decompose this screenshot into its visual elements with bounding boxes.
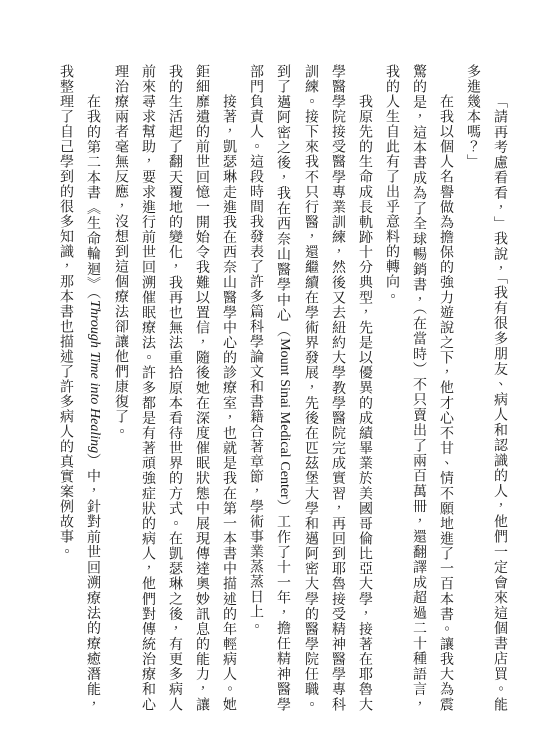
paragraph-bestseller-text: 在我以個人名譽做為擔保的強力遊說之下，他才心不甘、情不願地進了一百本書。讓我大為… (385, 64, 455, 712)
paragraph-catherine-text: 接著，凱瑟琳走進我在西奈山醫學中心的診療室，也就是我在第一本書中描述的年輕病人。… (114, 64, 238, 712)
paragraph-dialogue: 「請再考慮看看，」我說，「我有很多朋友、病人和認識的人，他們一定會來這個書店買。… (460, 64, 514, 712)
page-text: 「請再考慮看看，」我說，「我有很多朋友、病人和認識的人，他們一定會來這個書店買。… (53, 64, 514, 712)
paragraph-second-book-text-before: 在我的第二本書《生命輪迴》（ (86, 94, 102, 300)
paragraph-bestseller: 在我以個人名譽做為擔保的強力遊說之下，他才心不甘、情不願地進了一百本書。讓我大為… (379, 64, 460, 712)
book-page: 「請再考慮看看，」我說，「我有很多朋友、病人和認識的人，他們一定會來這個書店買。… (0, 0, 555, 740)
latin-hospital-name: Mount Sinai Medical Center (277, 338, 292, 499)
latin-book-title: Through Time into Healing (87, 300, 102, 453)
paragraph-catherine: 接著，凱瑟琳走進我在西奈山醫學中心的診療室，也就是我在第一本書中描述的年輕病人。… (108, 64, 243, 712)
paragraph-dialogue-text: 「請再考慮看看，」我說，「我有很多朋友、病人和認識的人，他們一定會來這個書店買。… (466, 64, 509, 712)
paragraph-second-book: 在我的第二本書《生命輪迴》（Through Time into Healing）… (53, 64, 108, 712)
paragraph-career: 我原先的生命成長軌跡十分典型，先是以優異的成績畢業於美國哥倫比亞大學，接著在耶魯… (243, 64, 379, 712)
